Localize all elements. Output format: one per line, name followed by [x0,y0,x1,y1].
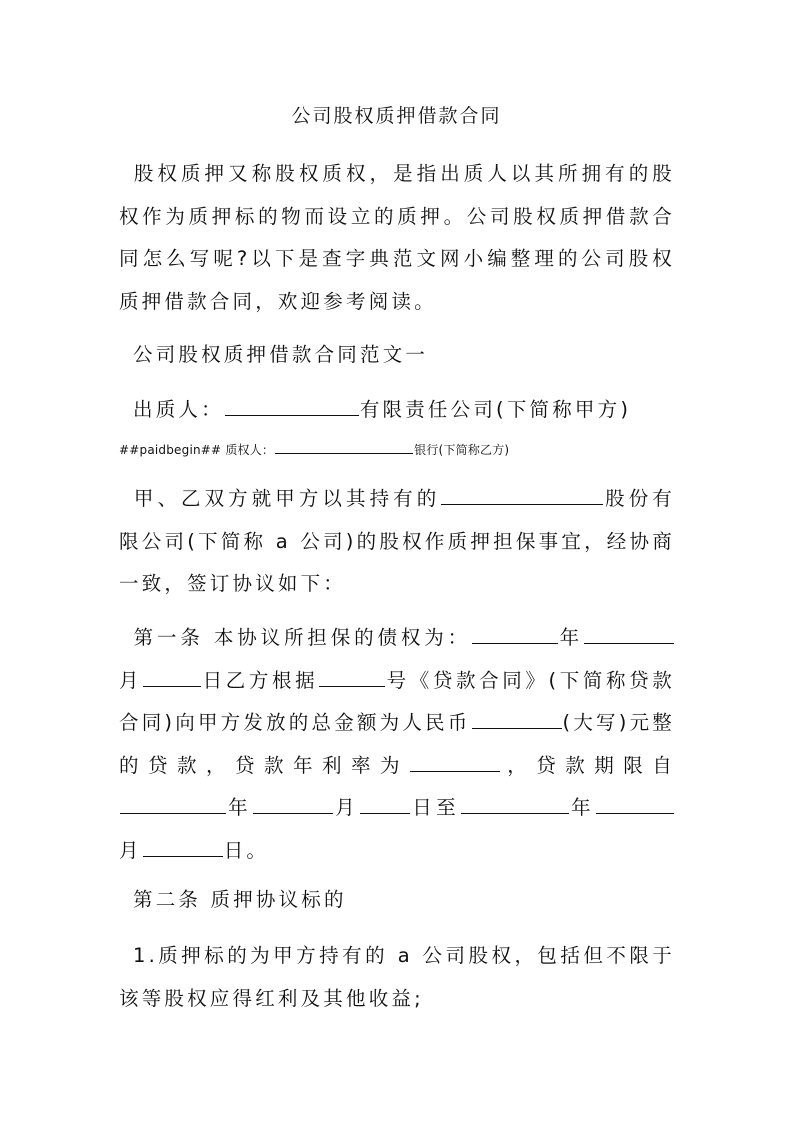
year-label-2: 年 [227,796,252,819]
interest-rate-blank[interactable] [410,770,500,772]
pledgee-suffix: 银行(下简称乙方) [414,443,509,457]
article-2-heading-text: 第二条 质押协议标的 [133,888,347,911]
article-2-heading: 第二条 质押协议标的 [119,879,675,922]
pledgee-blank[interactable] [275,452,413,454]
agreement-paragraph: 甲、乙双方就甲方以其持有的股份有限公司(下简称 a 公司)的股权作质押担保事宜，… [119,478,675,606]
start-month-blank[interactable] [253,812,333,814]
pledgor-suffix: 有限责任公司(下简称甲方) [360,398,631,421]
end-year-blank[interactable] [461,812,569,814]
company-blank[interactable] [441,503,603,505]
day-blank-1[interactable] [143,685,201,687]
end-day-blank[interactable] [143,855,223,857]
intro-text: 股权质押又称股权质权，是指出质人以其所拥有的股权作为质押标的物而设立的质押。公司… [119,162,675,313]
contract-number-blank[interactable] [319,685,385,687]
year-label-3: 年 [570,796,595,819]
agreement-text-1: 甲、乙双方就甲方以其持有的 [133,487,440,510]
article-1-text: 第一条 本协议所担保的债权为： [133,626,471,649]
pledgor-label: 出质人： [133,398,224,421]
pledgor-blank[interactable] [225,414,359,416]
start-year-blank[interactable] [120,812,226,814]
month-label-2: 月 [334,796,359,819]
paid-marker: ##paidbegin## [119,443,221,457]
document-title: 公司股权质押借款合同 [0,103,793,129]
month-label: 月 [119,669,142,692]
pledgee-line: ##paidbegin## 质权人：银行(下简称乙方) [119,441,509,459]
pledgee-label: 质权人： [225,443,274,457]
article-2-item-1: 1.质押标的为甲方持有的 a 公司股权，包括但不限于该等股权应得红利及其他收益; [119,935,675,1020]
month-blank-1[interactable] [584,642,674,644]
article-1-paragraph: 第一条 本协议所担保的债权为：年月日乙方根据号《贷款合同》(下简称贷款合同)向甲… [119,617,675,872]
document-page: 公司股权质押借款合同 股权质押又称股权质权，是指出质人以其所拥有的股权作为质押标… [0,0,793,1122]
article-2-item-1-text: 1.质押标的为甲方持有的 a 公司股权，包括但不限于该等股权应得红利及其他收益; [119,944,675,1010]
pledgor-line: 出质人：有限责任公司(下简称甲方) [119,389,675,432]
year-label: 年 [559,626,583,649]
article-1-text-2: 日乙方根据 [202,669,318,692]
sample-heading-text: 公司股权质押借款合同范文一 [133,343,428,366]
article-1-text-5: ，贷款期限自 [501,754,675,777]
year-blank-1[interactable] [472,642,558,644]
intro-paragraph: 股权质押又称股权质权，是指出质人以其所拥有的股权作为质押标的物而设立的质押。公司… [119,153,675,323]
article-1-text-7: 日。 [224,839,269,862]
month-label-3: 月 [119,839,142,862]
article-1-text-6: 日至 [411,796,460,819]
amount-blank[interactable] [472,727,562,729]
sample-heading: 公司股权质押借款合同范文一 [119,334,675,377]
start-day-blank[interactable] [360,812,410,814]
end-month-blank[interactable] [596,812,674,814]
